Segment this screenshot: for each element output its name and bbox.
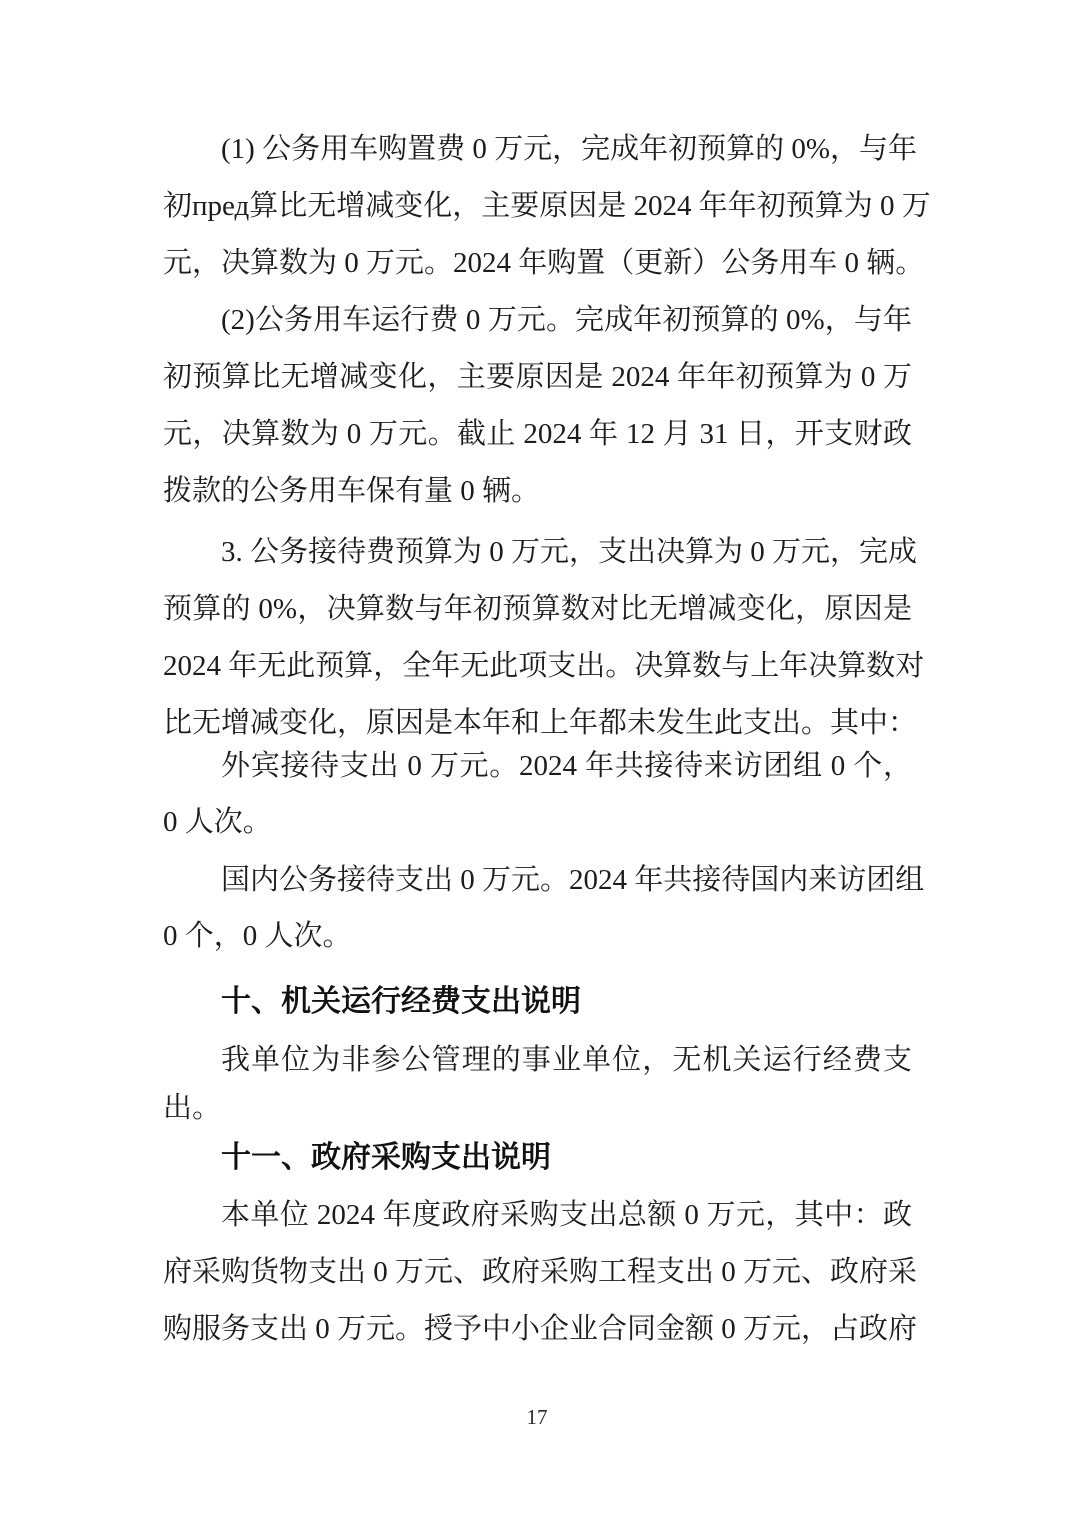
para-agency-operating-funds: 我单位为非参公管理的事业单位，无机关运行经费支出。 bbox=[163, 1036, 912, 1132]
para-official-vehicle-operation: (2)公务用车运行费 0 万元。完成年初预算的 0%，与年初预算比无增减变化，主… bbox=[163, 292, 912, 520]
text-line: 元，决算数为 0 万元。2024 年购置（更新）公务用车 0 辆。 bbox=[163, 235, 912, 292]
para-foreign-reception: 外宾接待支出 0 万元。2024 年共接待来访团组 0 个，0 人次。 bbox=[163, 738, 912, 850]
page-number: 17 bbox=[527, 1405, 548, 1429]
text-line: 国内公务接待支出 0 万元。2024 年共接待国内来访团组 bbox=[163, 852, 912, 908]
text-line: 府采购货物支出 0 万元、政府采购工程支出 0 万元、政府采 bbox=[163, 1244, 912, 1301]
text-line: 我单位为非参公管理的事业单位，无机关运行经费支 bbox=[163, 1036, 912, 1084]
text-line: (2)公务用车运行费 0 万元。完成年初预算的 0%，与年 bbox=[163, 292, 912, 349]
page-footer: 17 bbox=[0, 1404, 1074, 1430]
text-line: 0 个，0 人次。 bbox=[163, 908, 912, 964]
text-line: 预算的 0%，决算数与年初预算数对比无增减变化，原因是 bbox=[163, 581, 912, 638]
para-official-vehicle-purchase: (1) 公务用车购置费 0 万元，完成年初预算的 0%，与年初пред算比无增减… bbox=[163, 121, 912, 292]
text-line: 拨款的公务用车保有量 0 辆。 bbox=[163, 463, 912, 520]
para-government-procurement: 本单位 2024 年度政府采购支出总额 0 万元，其中：政府采购货物支出 0 万… bbox=[163, 1187, 912, 1358]
text-line: 0 人次。 bbox=[163, 794, 912, 850]
text-line: 初пред算比无增减变化，主要原因是 2024 年年初预算为 0 万 bbox=[163, 178, 912, 235]
text-line: 购服务支出 0 万元。授予中小企业合同金额 0 万元，占政府 bbox=[163, 1301, 912, 1358]
heading-section-10: 十、机关运行经费支出说明 bbox=[163, 974, 912, 1030]
heading-section-11: 十一、政府采购支出说明 bbox=[163, 1130, 912, 1186]
text-line: 初预算比无增减变化，主要原因是 2024 年年初预算为 0 万 bbox=[163, 349, 912, 406]
text-line: 3. 公务接待费预算为 0 万元，支出决算为 0 万元，完成 bbox=[163, 524, 912, 581]
document-page: (1) 公务用车购置费 0 万元，完成年初预算的 0%，与年初пред算比无增减… bbox=[0, 0, 1074, 1520]
text-line: 元，决算数为 0 万元。截止 2024 年 12 月 31 日，开支财政 bbox=[163, 406, 912, 463]
text-line: 外宾接待支出 0 万元。2024 年共接待来访团组 0 个， bbox=[163, 738, 912, 794]
para-official-reception: 3. 公务接待费预算为 0 万元，支出决算为 0 万元，完成预算的 0%，决算数… bbox=[163, 524, 912, 752]
text-line: (1) 公务用车购置费 0 万元，完成年初预算的 0%，与年 bbox=[163, 121, 912, 178]
document-blocks: (1) 公务用车购置费 0 万元，完成年初预算的 0%，与年初пред算比无增减… bbox=[163, 121, 912, 1358]
text-line: 本单位 2024 年度政府采购支出总额 0 万元，其中：政 bbox=[163, 1187, 912, 1244]
para-domestic-reception: 国内公务接待支出 0 万元。2024 年共接待国内来访团组0 个，0 人次。 bbox=[163, 852, 912, 964]
text-line: 2024 年无此预算，全年无此项支出。决算数与上年决算数对 bbox=[163, 638, 912, 695]
text-line: 出。 bbox=[163, 1084, 912, 1132]
